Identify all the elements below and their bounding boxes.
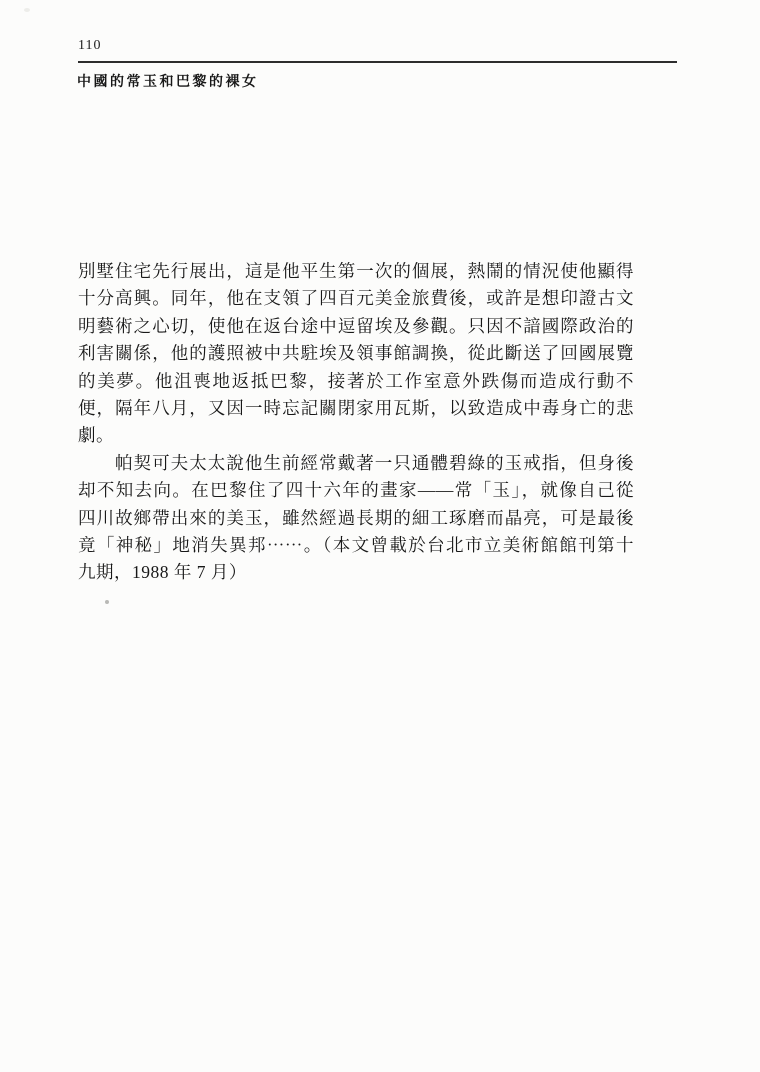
text-line: 竟「神秘」地消失異邦⋯⋯。（本文曾載於台北市立美術館館刊第十 (78, 532, 634, 559)
paragraph-1: 別墅住宅先行展出，這是他平生第一次的個展，熱鬧的情況使他顯得 十分高興。同年，他… (78, 258, 634, 450)
text-line: 却不知去向。在巴黎住了四十六年的畫家——常「玉」，就像自己從 (78, 477, 634, 504)
page-number: 110 (78, 38, 101, 54)
text-line: 的美夢。他沮喪地返抵巴黎，接著於工作室意外跌傷而造成行動不 (78, 368, 634, 395)
text-line: 明藝術之心切，使他在返台途中逗留埃及參觀。只因不諳國際政治的 (78, 313, 634, 340)
text-line: 劇。 (78, 422, 634, 449)
scan-speck (24, 8, 30, 12)
book-page: 110 中國的常玉和巴黎的裸女 別墅住宅先行展出，這是他平生第一次的個展，熱鬧的… (0, 0, 760, 1072)
running-header: 中國的常玉和巴黎的裸女 (77, 71, 259, 91)
header-rule (78, 61, 677, 63)
text-line: 利害關係，他的護照被中共駐埃及領事館調換，從此斷送了回國展覽 (78, 340, 634, 367)
paragraph-2: 帕契可夫太太說他生前經常戴著一只通體碧綠的玉戒指，但身後 却不知去向。在巴黎住了… (78, 450, 634, 587)
text-line: 便，隔年八月，又因一時忘記關閉家用瓦斯，以致造成中毒身亡的悲 (78, 395, 634, 422)
text-line: 別墅住宅先行展出，這是他平生第一次的個展，熱鬧的情況使他顯得 (78, 258, 634, 285)
text-line: 四川故鄉帶出來的美玉，雖然經過長期的細工琢磨而晶亮，可是最後 (78, 505, 634, 532)
text-line: 十分高興。同年，他在支領了四百元美金旅費後，或許是想印證古文 (78, 285, 634, 312)
scan-speck (105, 600, 109, 604)
text-line: 帕契可夫太太說他生前經常戴著一只通體碧綠的玉戒指，但身後 (78, 450, 634, 477)
body-text: 別墅住宅先行展出，這是他平生第一次的個展，熱鬧的情況使他顯得 十分高興。同年，他… (78, 258, 634, 587)
text-line: 九期，1988 年 7 月） (78, 559, 634, 586)
